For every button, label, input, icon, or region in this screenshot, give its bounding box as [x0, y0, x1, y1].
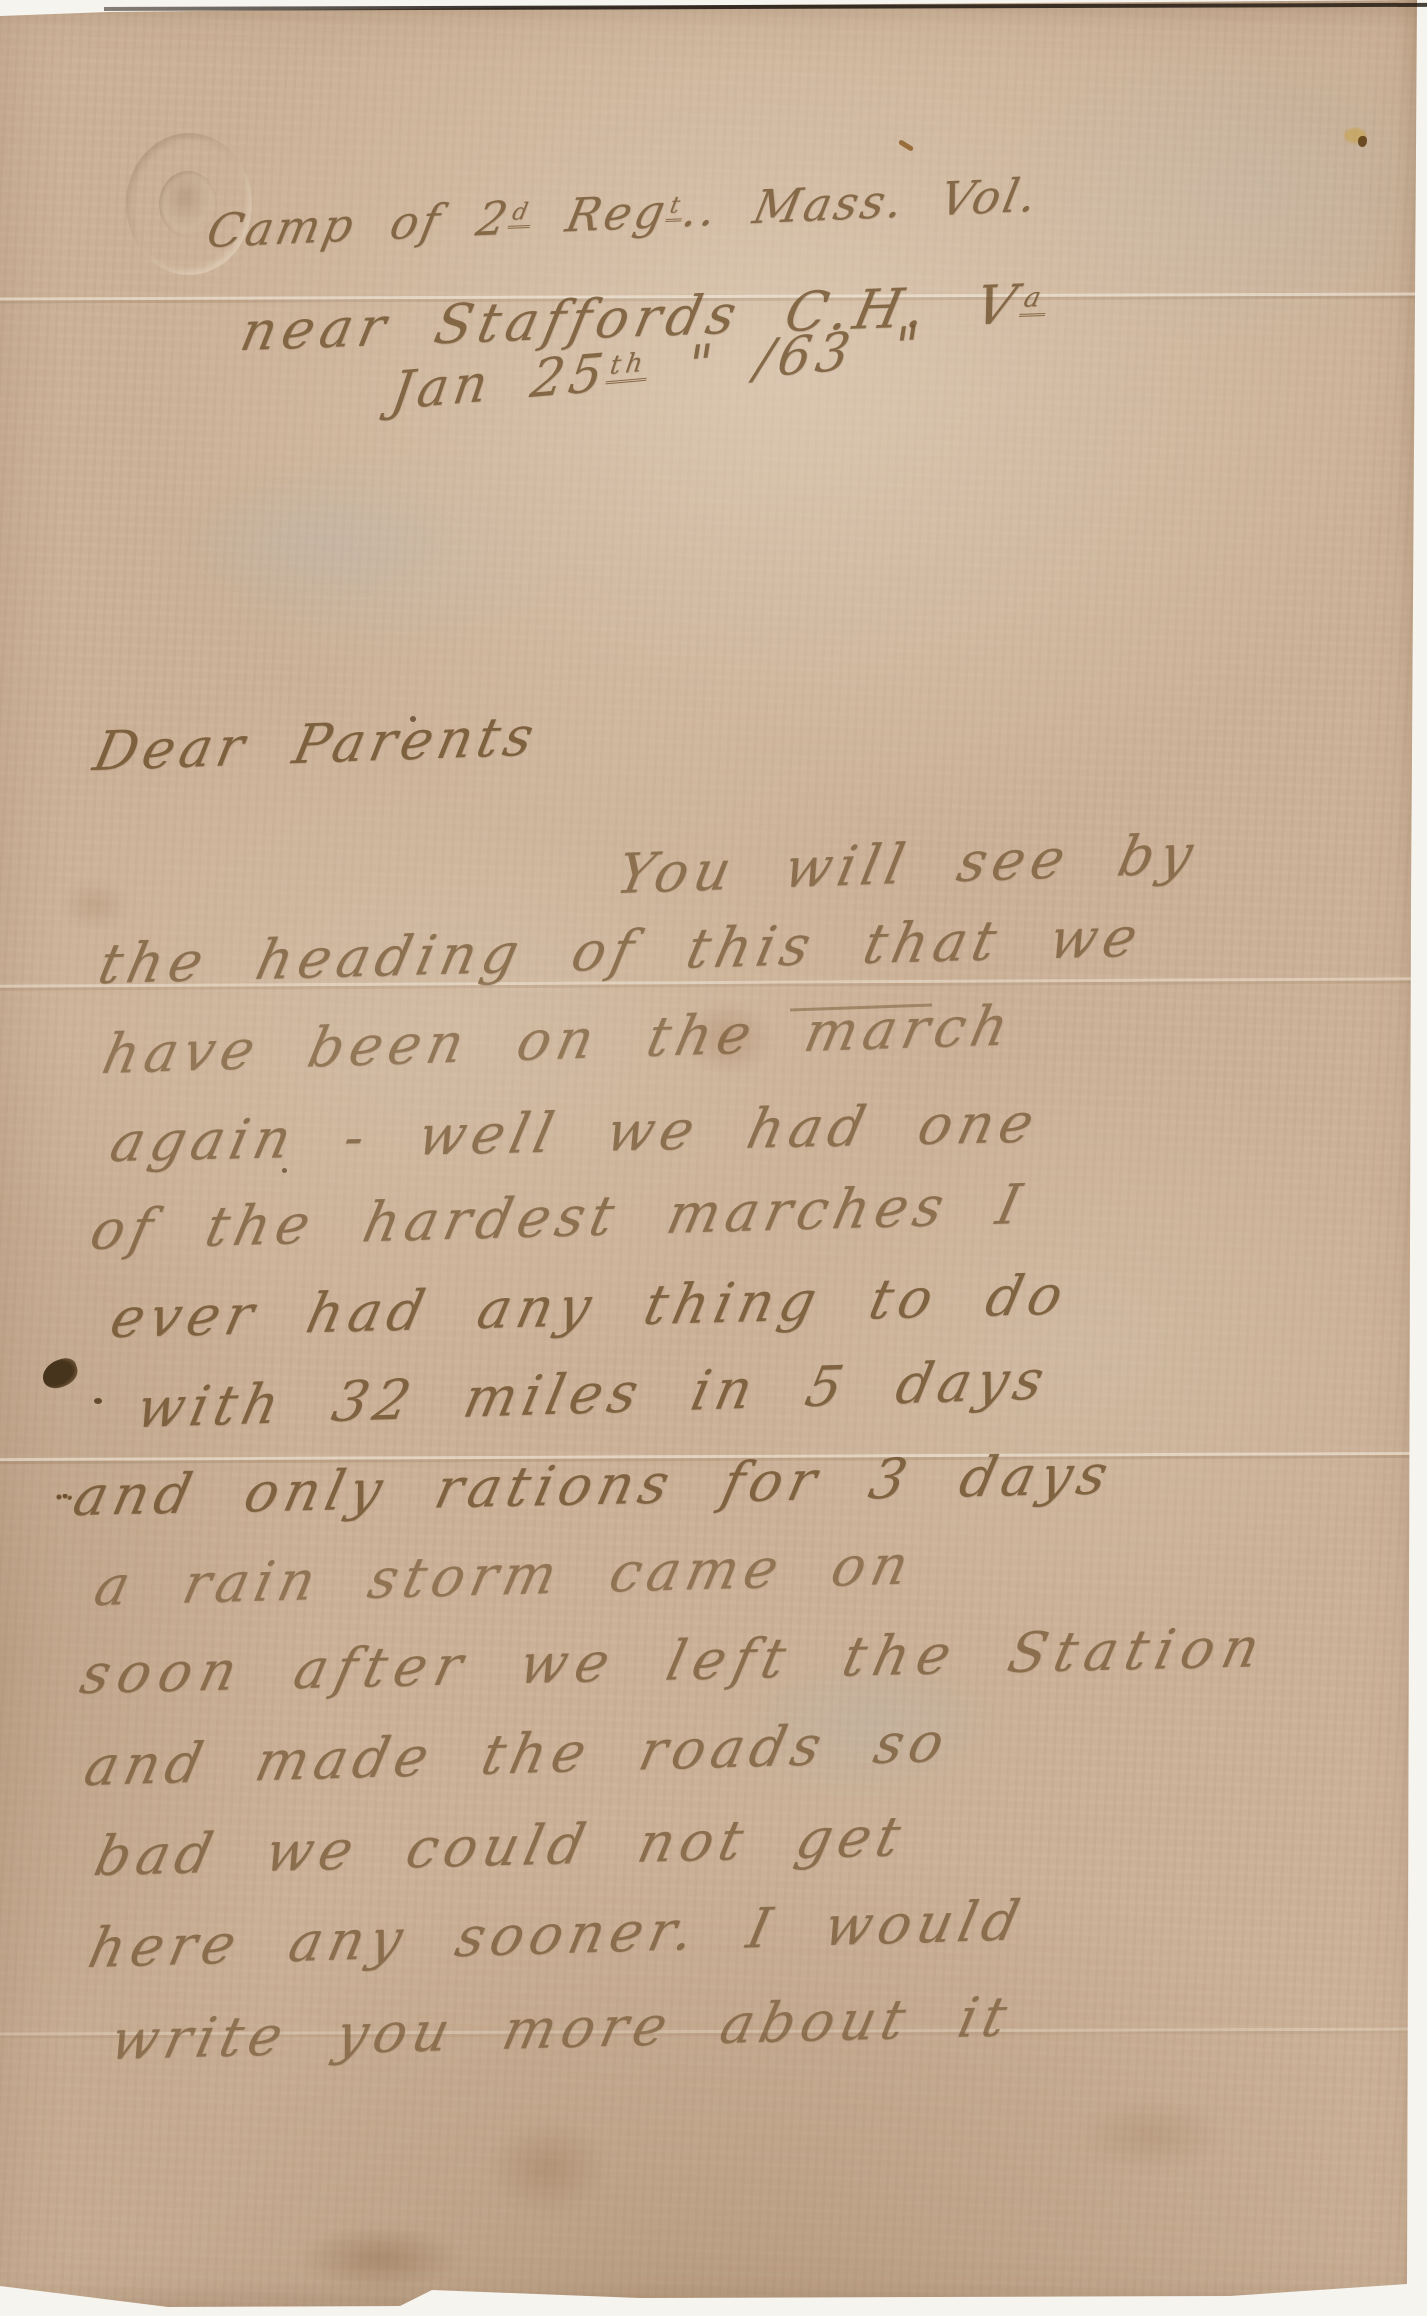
paper-fleck [1344, 128, 1366, 143]
handwritten-line: with 32 miles in 5 days [131, 1347, 1056, 1440]
letter-paper: Camp of 2d Regt.. Mass. Vol. near Staffo… [0, 0, 1427, 2316]
paper-fleck [1358, 136, 1367, 147]
salutation: Dear Parents [88, 704, 544, 783]
heading-text: Reg [526, 184, 673, 244]
scanner-background: Camp of 2d Regt.. Mass. Vol. near Staffo… [0, 0, 1427, 2316]
handwritten-line: You will see by [611, 822, 1204, 907]
handwritten-line: a rain storm came on [89, 1532, 921, 1618]
paper-stain [488, 2120, 608, 2216]
heading-dateline-regiment: Camp of 2d Regt.. Mass. Vol. [202, 167, 1044, 258]
handwritten-line: bad we could not get [89, 1804, 913, 1888]
handwritten-line: of the hardest marches I [85, 1172, 1033, 1263]
handwritten-line: have been on the march [97, 993, 1020, 1086]
handwritten-line: soon after we left the Station [75, 1615, 1274, 1706]
ink-blot [39, 1355, 82, 1392]
superscript: th [605, 348, 651, 385]
paper-stain [180, 480, 460, 600]
ink-speck [94, 1398, 102, 1404]
handwritten-line: ever had any thing to do [105, 1262, 1075, 1350]
heading-text: .. Mass. Vol. [678, 167, 1045, 237]
handwritten-line: here any sooner. I would [83, 1888, 1031, 1980]
handwritten-line: again - well we had one [105, 1090, 1046, 1174]
paper-fleck [898, 139, 914, 152]
paper-stain [300, 2226, 460, 2290]
ink-speck [56, 1494, 72, 1500]
handwritten-line: and only rations for 3 days [68, 1442, 1120, 1528]
handwritten-line: write you more about it [105, 1984, 1019, 2072]
paper-stain [60, 880, 130, 930]
paper-stain [1080, 2100, 1220, 2170]
handwritten-line: and made the roads so [79, 1710, 956, 1799]
